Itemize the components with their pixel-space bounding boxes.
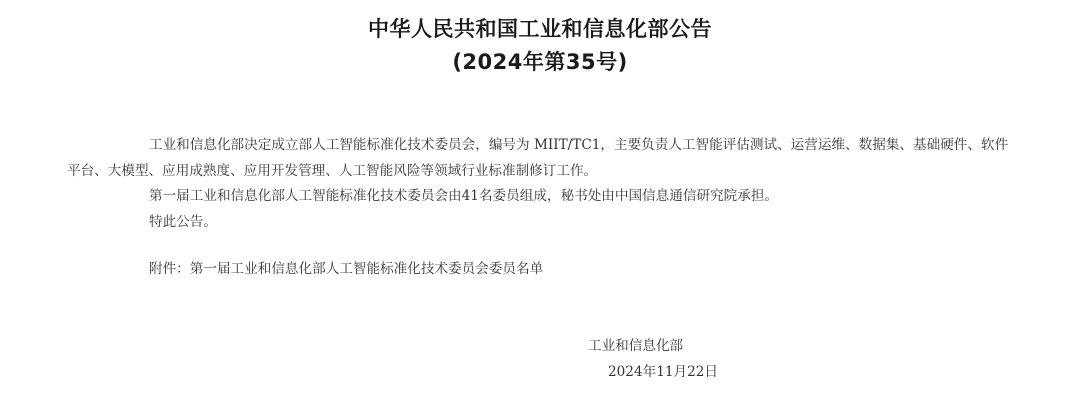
attachment-link[interactable]: 附件：第一届工业和信息化部人工智能标准化技术委员会委员名单 (149, 257, 543, 282)
paragraph-closing: 特此公告。 (67, 210, 1017, 236)
issue-date: 2024年11月22日 (608, 359, 718, 385)
paragraph-committee-composition: 第一届工业和信息化部人工智能标准化技术委员会由41名委员组成，秘书处由中国信息通… (67, 184, 1017, 210)
announcement-title: 中华人民共和国工业和信息化部公告 (2024年第35号) (0, 14, 1080, 77)
title-number: (2024年第35号) (0, 47, 1080, 77)
title-main: 中华人民共和国工业和信息化部公告 (0, 14, 1080, 44)
issuer-signature: 工业和信息化部 (588, 333, 683, 359)
paragraph-committee-establishment: 工业和信息化部决定成立部人工智能标准化技术委员会，编号为 MIIT/TC1，主要… (67, 133, 1017, 184)
announcement-body: 工业和信息化部决定成立部人工智能标准化技术委员会，编号为 MIIT/TC1，主要… (67, 133, 1017, 235)
